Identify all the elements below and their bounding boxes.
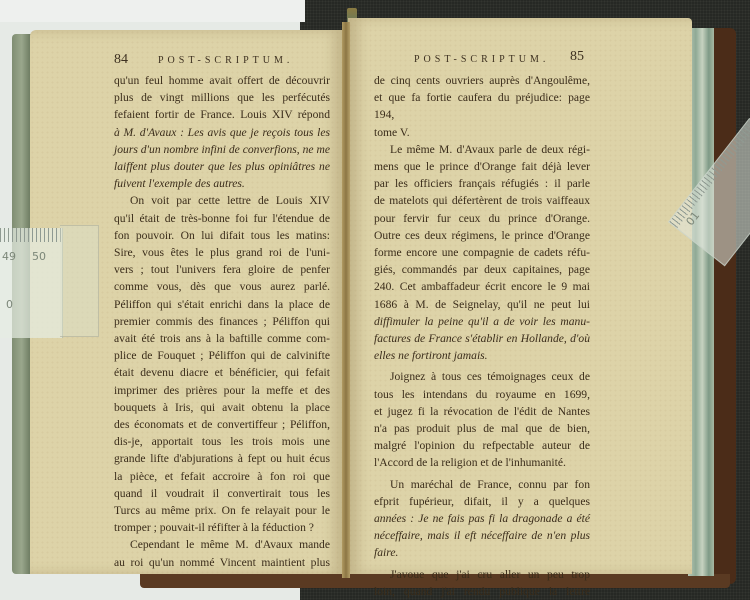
text-line: mens que le prince d'Orange fait déjà le…	[374, 158, 590, 175]
text-line: tous les intendans du royaume en 1699,	[374, 386, 590, 403]
text-line: Un maréchal de France, connu par fon	[374, 476, 590, 493]
text-line: Joignez à tous ces témoignages ceux de	[374, 368, 590, 385]
text-line: qu'un feul homme avait offert de découvr…	[114, 72, 330, 89]
text-line: malgré l'opinion du refpectable auteur d…	[374, 437, 590, 454]
text-line: Péliffon qui s'était enrichi dans la pla…	[114, 296, 330, 313]
text-line: giés, commandés par deux capitaines, pag…	[374, 261, 590, 278]
ruler-label: 50	[32, 250, 46, 263]
text-line: 240. Cet ambaffadeur écrit encore le 9 m…	[374, 278, 590, 295]
page-number-right: 85	[570, 49, 584, 65]
white-sheet-corner	[0, 0, 305, 22]
text-line: quand il voudrait il convertirait tous l…	[114, 485, 330, 502]
text-line: de matelots qui défertèrent de trois vai…	[374, 192, 590, 209]
text-line: premier commis des finances ; Péliffon q…	[114, 313, 330, 330]
scale-ruler-left: 49 50 0	[0, 228, 63, 338]
text-line: Outre ces deux régimens, le prince d'Ora…	[374, 227, 590, 244]
text-line: fuivent l'exemple des autres.	[114, 175, 330, 192]
text-line: forme encore une compagnie de cadets réf…	[374, 244, 590, 261]
text-line: Sire, vous êtes le plus grand roi de l'u…	[114, 244, 330, 261]
text-line: et jugez fi la révocation de l'édit de N…	[374, 403, 590, 420]
text-line: qu'il était de très-bonne foi fur l'éten…	[114, 210, 330, 227]
text-line: Cependant le même M. d'Avaux mande	[114, 536, 330, 553]
page-number-left: 84	[114, 52, 128, 68]
text-line: à M. d'Avaux : Les avis que je reçois to…	[114, 124, 330, 141]
text-line: grande lifte d'abjurations à fept ou hui…	[114, 450, 330, 467]
text-line: comme vous, dès que vous aurez parlé.	[114, 278, 330, 295]
text-line: vers ; tout l'univers fera gloire de pen…	[114, 261, 330, 278]
text-line: 1686 à M. de Seignelay, qu'il ne peut lu…	[374, 296, 590, 313]
text-line: pour fervir fur ceux du prince d'Orange.	[374, 210, 590, 227]
text-line: Turcs au même prix. On fe relayait pour …	[114, 502, 330, 519]
text-line: tromper ; pouvait-il réfifter à la féduc…	[114, 519, 330, 536]
text-line: l'Accord de la religion et de l'inhumani…	[374, 454, 590, 471]
ruler-glass-overlap	[60, 225, 99, 337]
text-line: loin, quand j'ai rendu publique la lettr…	[374, 583, 590, 600]
right-page-text: de cinq cents ouvriers auprès d'Angoulêm…	[374, 72, 590, 600]
text-line: au roi qu'un nommé Vincent maintient plu…	[114, 554, 330, 571]
text-line: imprimer des prières pour la meffe et de…	[114, 382, 330, 399]
text-line: néceffaire, mais il eft néceffaire de n'…	[374, 527, 590, 544]
text-line: était devenu diacre et bénéficier, qui f…	[114, 364, 330, 381]
right-page: POST-SCRIPTUM. 85 de cinq cents ouvriers…	[348, 18, 692, 574]
text-line: et que fa fortie caufera du préjudice: p…	[374, 89, 590, 123]
text-line: faire.	[374, 544, 590, 561]
text-line: laiffent plus douter que les plus opiniâ…	[114, 158, 330, 175]
text-line: tome V.	[374, 124, 590, 141]
text-line: années : Je ne fais pas fi la dragonade …	[374, 510, 590, 527]
text-line: bouquets à Iris, qui avait obtenu la pla…	[114, 399, 330, 416]
text-line: par les officiers français réfugiés : il…	[374, 175, 590, 192]
text-line: plice de Fouquet ; Péliffon qui de calvi…	[114, 347, 330, 364]
text-line: fefaient fortir de France. Louis XIV rép…	[114, 106, 330, 123]
ruler-label: 49	[2, 250, 16, 263]
text-line: la pièce, et fefait accroire à fon roi q…	[114, 468, 330, 485]
text-line: plus de vingt millions que les perfécuté…	[114, 89, 330, 106]
text-line: On voit par cette lettre de Louis XIV	[114, 192, 330, 209]
running-head-left: POST-SCRIPTUM.	[158, 55, 293, 66]
text-line: factures de France s'établir en Hollande…	[374, 330, 590, 347]
text-line: avait été trois ans à la baftille comme …	[114, 330, 330, 347]
text-line: diffimuler la peine qu'il a de voir les …	[374, 313, 590, 330]
ruler-label: 0	[6, 298, 13, 311]
running-head-right: POST-SCRIPTUM.	[414, 54, 549, 65]
ruler-ticks	[0, 228, 62, 242]
text-line: J'avoue que j'ai cru aller un peu trop	[374, 566, 590, 583]
text-line: Le même M. d'Avaux parle de deux régi-	[374, 141, 590, 158]
text-line: des économats et de convertiffeur ; Péli…	[114, 416, 330, 433]
left-page-text: qu'un feul homme avait offert de découvr…	[114, 72, 330, 571]
text-line: n'a pas produit plus de mal que de bien,	[374, 420, 590, 437]
book-gutter	[342, 22, 350, 578]
text-line: fon pouvoir. On lui difait tous les mati…	[114, 227, 330, 244]
text-line: dis-je, apportait tous les trois mois un…	[114, 433, 330, 450]
text-line: elles ne fortiront jamais.	[374, 347, 590, 364]
text-line: efprit fupérieur, difait, il y a quelque…	[374, 493, 590, 510]
text-line: jours d'un nombre infini de converfions,…	[114, 141, 330, 158]
text-line: de cinq cents ouvriers auprès d'Angoulêm…	[374, 72, 590, 89]
